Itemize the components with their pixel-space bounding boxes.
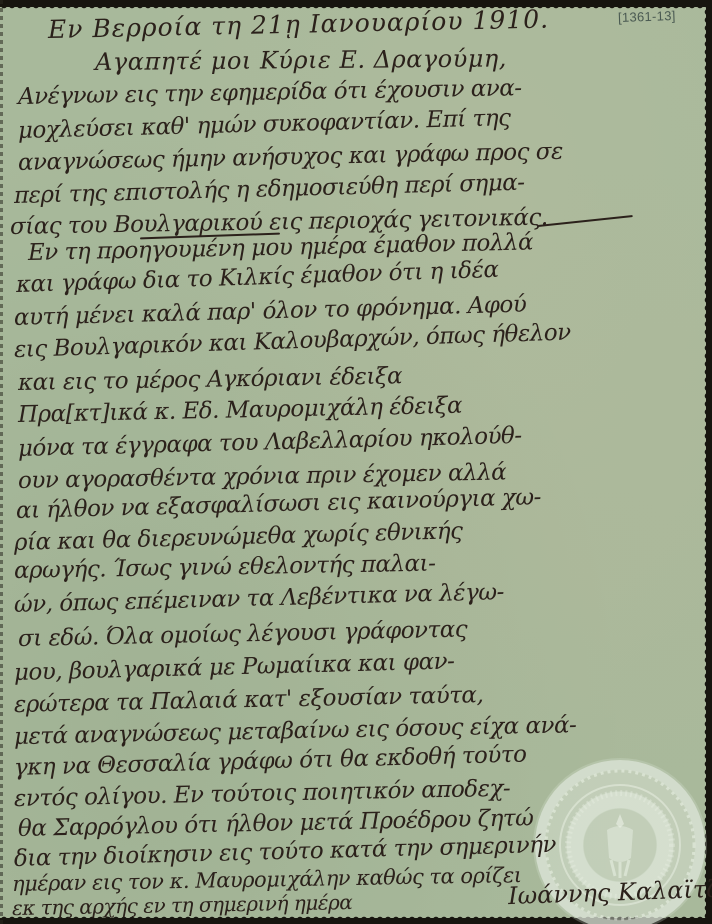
letter-line-16: αρωγής. Ίσως γινώ εθελοντής παλαι- (14, 551, 436, 584)
letter-line-20: ερώτερα τα Παλαιά κατ' εξουσίαν ταύτα, (14, 682, 484, 718)
handwritten-text-body: Εν Βερροία τη 21ῃ Ιανουαρίου 1910. Αγαπη… (0, 0, 712, 924)
salutation: Αγαπητέ μοι Κύριε Ε. Δραγούμη, (95, 44, 507, 76)
letter-line-4: περί της επιστολής η εδημοσιεύθη περί ση… (14, 170, 525, 209)
letter-line-2: μοχλεύσει καθ' ημών συκοφαντίαν. Επί της (18, 105, 511, 144)
letter-line-17: ών, όπως επέμειναν τα Λεβέντικα να λέγω- (14, 579, 505, 618)
letter-line-18: σι εδώ. Όλα ομοίως λέγουσι γράφοντας (18, 617, 468, 652)
letter-line-11: Πρα[κτ]ικά κ. Εδ. Μαυρομιχάλη έδειξα (18, 393, 463, 428)
letter-line-19: μου, βουλγαρικά με Ρωμαίικα και φαν- (14, 648, 455, 686)
letter-line-10: και εις το μέρος Αγκόριανι έδειξα (18, 363, 403, 396)
underline-flourish (538, 215, 633, 227)
letter-line-12: μόνα τα έγγραφα του Λαβελλαρίου ηκολούθ- (18, 423, 522, 462)
letter-page: [1361-13] Εν Βερροία τη 21ῃ Ιανουαρίου 1… (0, 0, 712, 924)
letter-line-1: Ανέγνων εις την εφημερίδα ότι έχουσιν αν… (18, 75, 522, 110)
letter-line-27: εκ της αρχής εν τη σημερινή ημέρα (12, 890, 353, 920)
header-place-date: Εν Βερροία τη 21ῃ Ιανουαρίου 1910. (48, 5, 550, 44)
